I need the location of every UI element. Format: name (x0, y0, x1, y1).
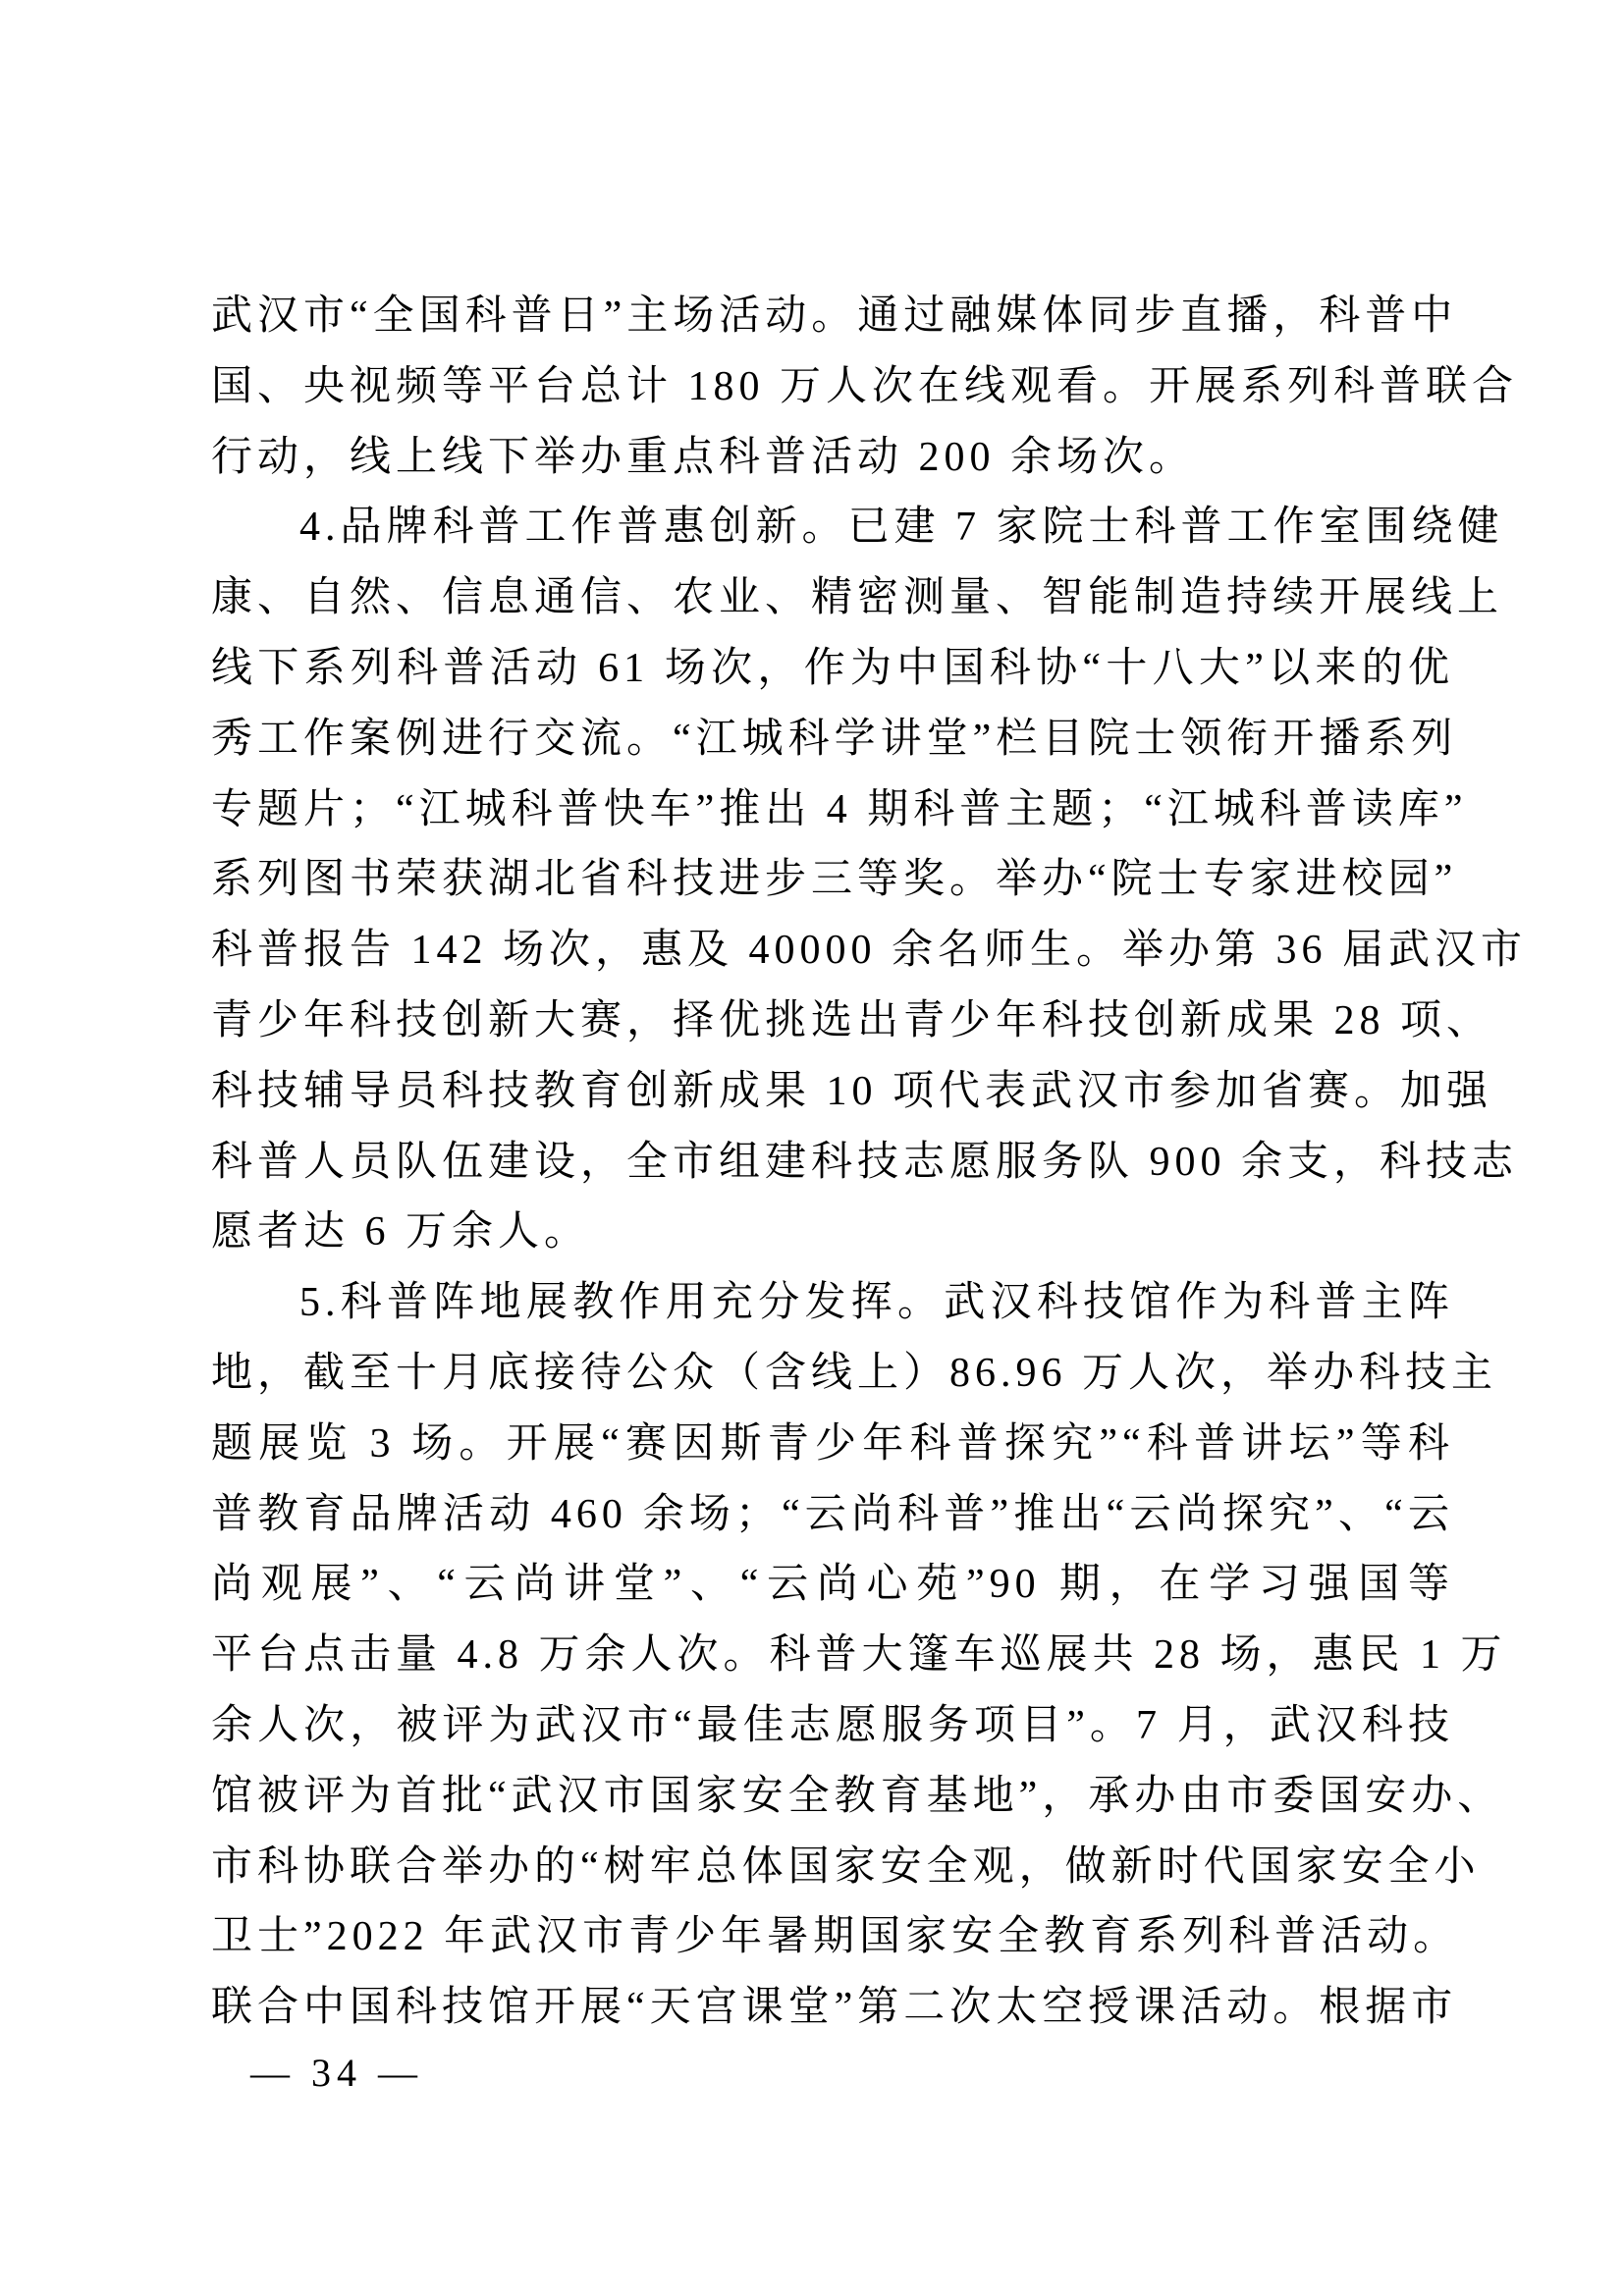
text-line: 4.品牌科普工作普惠创新。已建 7 家院士科普工作室围绕健 (211, 493, 1454, 563)
text-line: 馆被评为首批“武汉市国家安全教育基地”，承办由市委国安办、 (211, 1762, 1454, 1833)
text-line: 国、央视频等平台总计 180 万人次在线观看。开展系列科普联合 (211, 352, 1454, 423)
text-line: 愿者达 6 万余人。 (211, 1198, 1454, 1268)
text-line: 科技辅导员科技教育创新成果 10 项代表武汉市参加省赛。加强 (211, 1057, 1454, 1128)
text-line: 尚观展”、“云尚讲堂”、“云尚心苑”90 期，在学习强国等 (211, 1550, 1454, 1621)
text-line: 题展览 3 场。开展“赛因斯青少年科普探究”“科普讲坛”等科 (211, 1410, 1454, 1480)
page-number: — 34 — (250, 2052, 423, 2095)
document-page: 武汉市“全国科普日”主场活动。通过融媒体同步直播，科普中 国、央视频等平台总计 … (0, 0, 1624, 2296)
text-line: 余人次，被评为武汉市“最佳志愿服务项目”。7 月，武汉科技 (211, 1691, 1454, 1762)
body-text: 武汉市“全国科普日”主场活动。通过融媒体同步直播，科普中 国、央视频等平台总计 … (211, 282, 1454, 2044)
text-line: 科普人员队伍建设，全市组建科技志愿服务队 900 余支，科技志 (211, 1128, 1454, 1199)
text-line: 行动，线上线下举办重点科普活动 200 余场次。 (211, 423, 1454, 494)
text-line: 科普报告 142 场次，惠及 40000 余名师生。举办第 36 届武汉市 (211, 916, 1454, 987)
text-line: 康、自然、信息通信、农业、精密测量、智能制造持续开展线上 (211, 563, 1454, 634)
text-line: 青少年科技创新大赛，择优挑选出青少年科技创新成果 28 项、 (211, 987, 1454, 1057)
text-line: 专题片；“江城科普快车”推出 4 期科普主题；“江城科普读库” (211, 775, 1454, 846)
text-line: 武汉市“全国科普日”主场活动。通过融媒体同步直播，科普中 (211, 282, 1454, 352)
text-line: 联合中国科技馆开展“天宫课堂”第二次太空授课活动。根据市 (211, 1973, 1454, 2044)
text-line: 卫士”2022 年武汉市青少年暑期国家安全教育系列科普活动。 (211, 1902, 1454, 1973)
text-line: 线下系列科普活动 61 场次，作为中国科协“十八大”以来的优 (211, 634, 1454, 705)
text-line: 平台点击量 4.8 万余人次。科普大篷车巡展共 28 场，惠民 1 万 (211, 1621, 1454, 1691)
text-line: 系列图书荣获湖北省科技进步三等奖。举办“院士专家进校园” (211, 845, 1454, 916)
text-line: 5.科普阵地展教作用充分发挥。武汉科技馆作为科普主阵 (211, 1268, 1454, 1339)
text-line: 普教育品牌活动 460 余场；“云尚科普”推出“云尚探究”、“云 (211, 1480, 1454, 1551)
text-line: 秀工作案例进行交流。“江城科学讲堂”栏目院士领衔开播系列 (211, 705, 1454, 775)
text-line: 地，截至十月底接待公众（含线上）86.96 万人次，举办科技主 (211, 1339, 1454, 1410)
text-line: 市科协联合举办的“树牢总体国家安全观，做新时代国家安全小 (211, 1833, 1454, 1903)
